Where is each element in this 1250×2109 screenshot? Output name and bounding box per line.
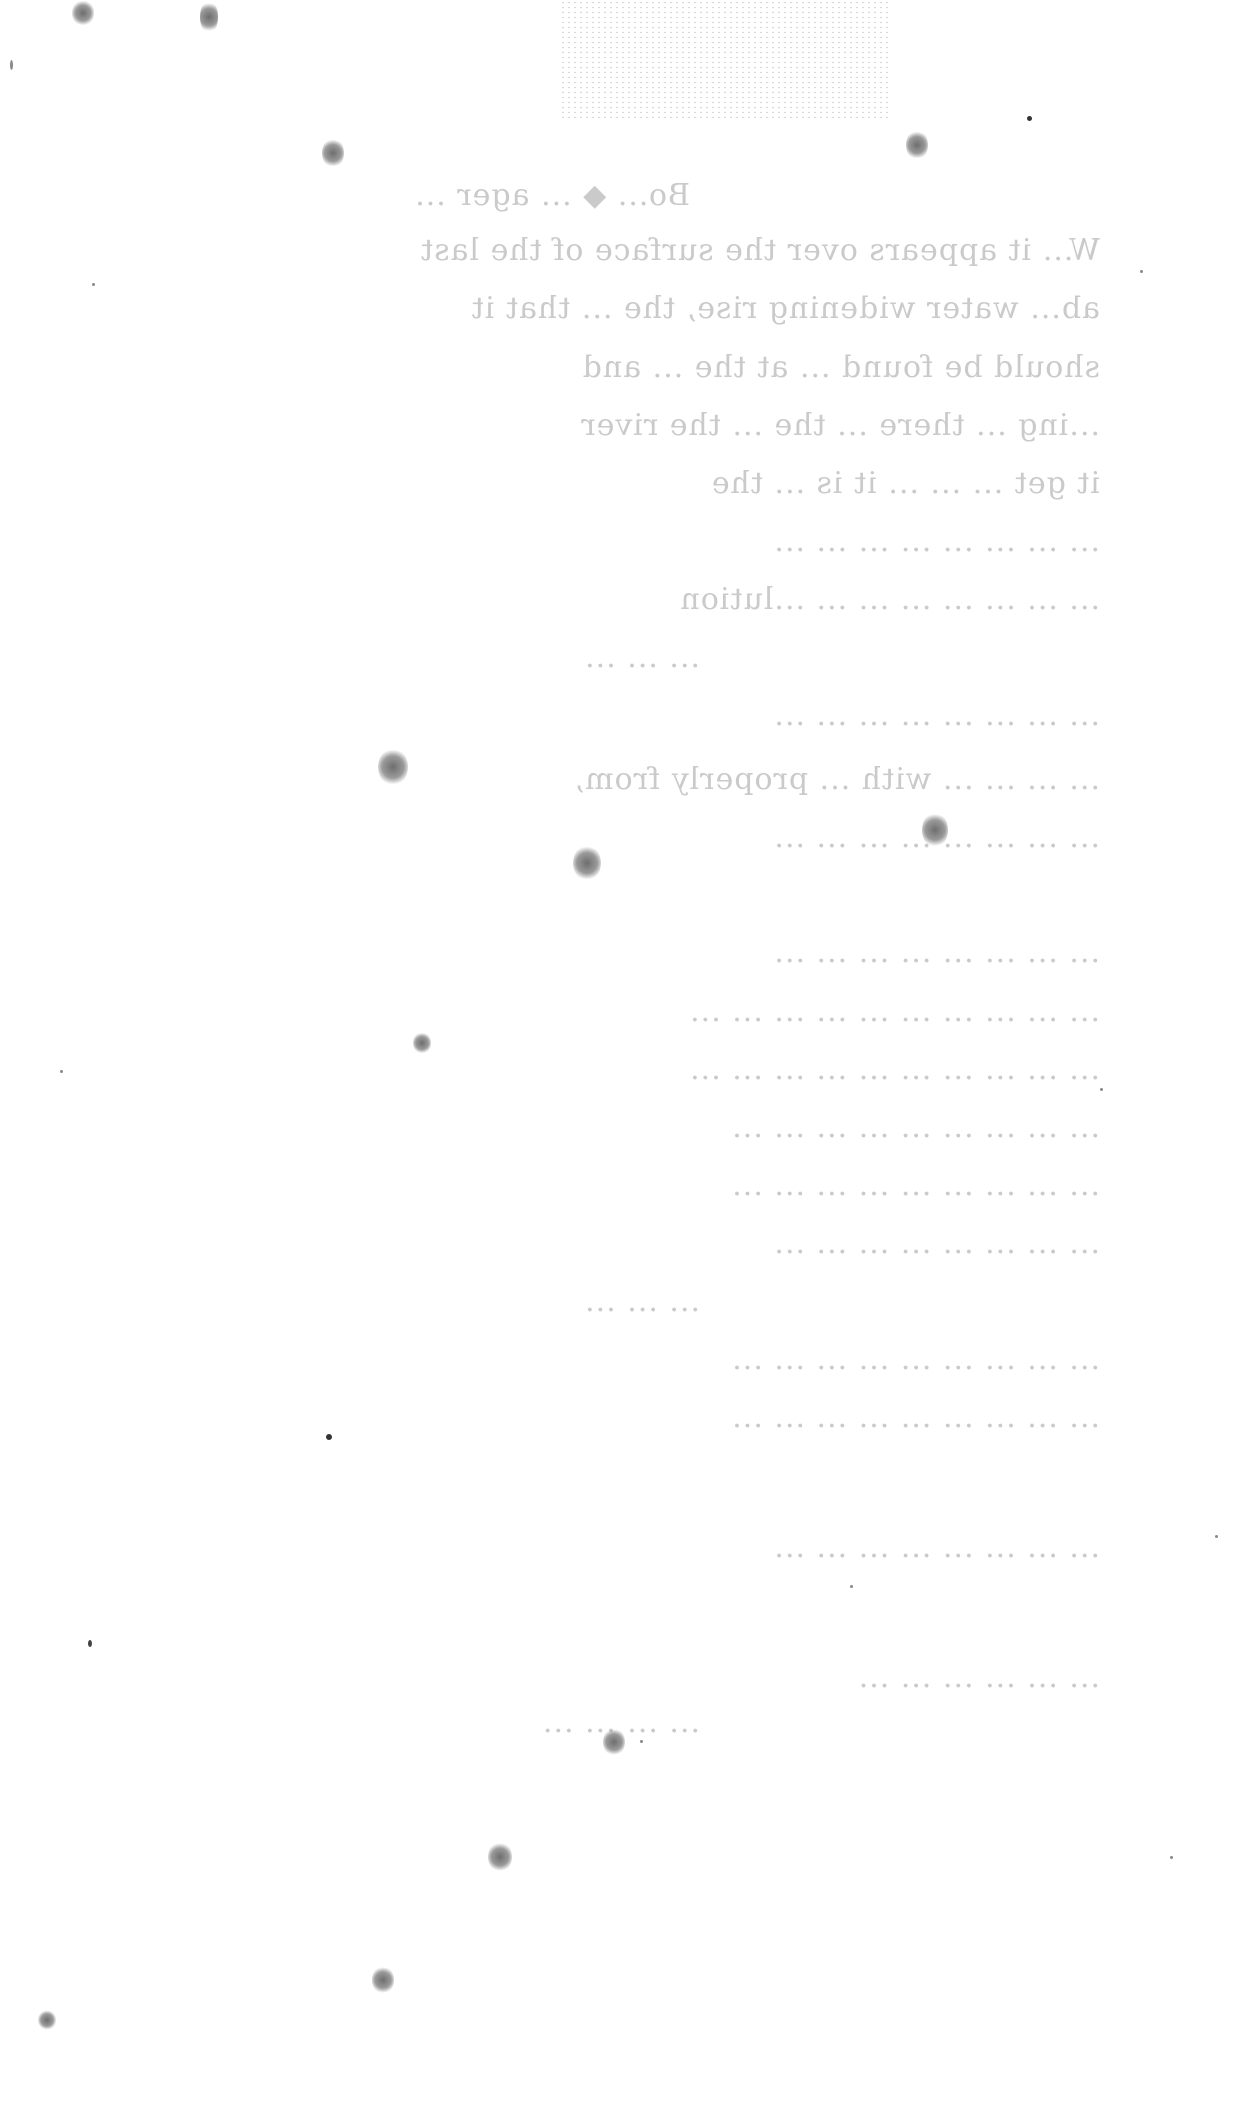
speckle [603,1728,625,1756]
speckle [378,748,408,786]
text-line: ... ... ... ... with ... properly from, [200,762,1100,798]
text-line: ... ... ... ... ... ... ... ... [200,698,1100,734]
bleed-through-noise [560,0,890,120]
text-line: ... ... ... ... ... ... ... ... [200,524,1100,560]
text-line: ... ... ... ... ... ... ... ... ... ... [200,1052,1100,1088]
text-line: ... ... ... ... ... ... ... ... ... [200,1342,1100,1378]
speckle [1170,1856,1173,1859]
speckle [488,1842,512,1872]
text-line: ...ing ... there ... the ... the river [200,408,1100,444]
speckle [88,1640,92,1647]
speckle [72,0,94,26]
text-line: ... ... ... [200,640,700,676]
text-line: ab... water widening rise, the ... that … [200,291,1100,327]
text-line: should be found ... at the ... and [200,350,1100,386]
text-line: ... ... ... ... ... ... ... ... [200,1226,1100,1262]
speckle [38,2010,56,2030]
text-line: W... it appears over the surface of the … [240,233,1100,269]
text-line: ... ... ... ... ... ... ... ... ... [200,1110,1100,1146]
page-heading: Bo... ◆ ... ager ... [190,178,690,214]
speckle [60,1070,63,1073]
speckle [906,130,928,160]
speckle [200,0,218,34]
speckle [1140,270,1143,273]
text-line: ... ... ... ... ... ... ... ...lution [200,582,1100,618]
speckle [573,845,601,881]
speckle [850,1585,853,1588]
speckle [10,60,13,70]
speckle [922,812,948,848]
speckle [1027,116,1032,121]
speckle [413,1032,431,1054]
text-line: ... ... ... ... ... ... ... ... [200,1530,1100,1566]
text-line: ... ... ... ... ... ... ... ... [240,935,1100,971]
text-line: ... ... ... ... ... ... ... ... ... ... [200,994,1100,1030]
text-line: ... ... ... ... ... ... ... ... [200,820,1100,856]
speckle [92,283,95,286]
speckle [326,1434,332,1440]
speckle [322,138,344,168]
text-line: ... ... ... ... [200,1705,700,1741]
text-line: ... ... ... ... ... ... [200,1660,1100,1696]
speckle [372,1966,394,1994]
speckle [1215,1535,1218,1538]
text-line: ... ... ... ... ... ... ... ... ... [200,1400,1100,1436]
text-line: it get ... ... ... it is ... the [200,466,1100,502]
scanned-page: Bo... ◆ ... ager ... W... it appears ove… [0,0,1250,2109]
text-line: ... ... ... ... ... ... ... ... ... [200,1168,1100,1204]
text-line: ... ... ... [200,1284,700,1320]
speckle [640,1740,643,1743]
speckle [1100,1088,1103,1091]
